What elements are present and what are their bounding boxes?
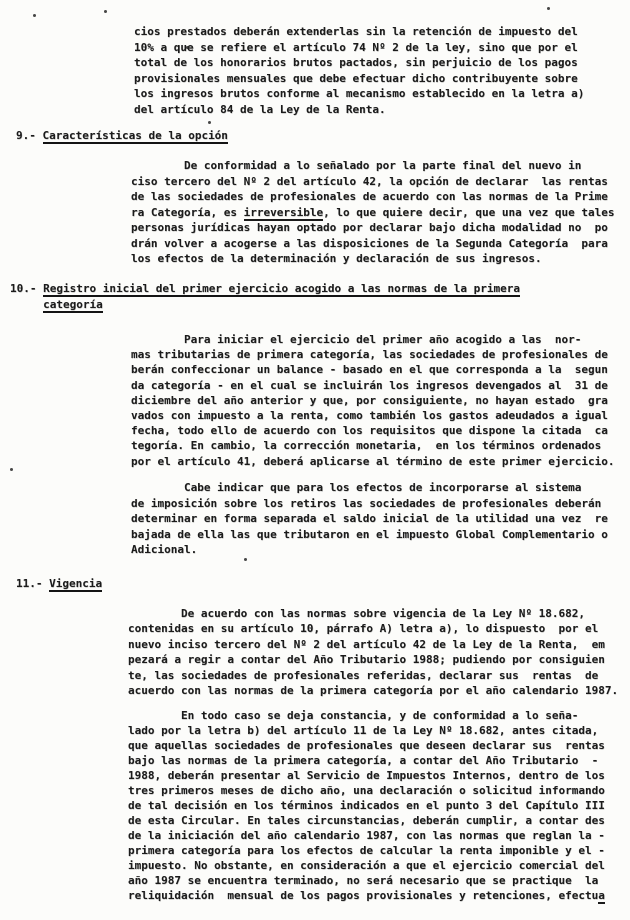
text-segment: por el artículo 41, deberá aplicarse al … [131, 455, 614, 468]
text-segment [10, 298, 43, 311]
text-line: 1988, deberán presentar al Servicio de I… [128, 768, 605, 783]
section-11-heading: 11.- Vigencia [16, 576, 102, 592]
section-10-paragraph-2: Cabe indicar que para los efectos de inc… [131, 480, 608, 558]
scan-speck [10, 468, 13, 471]
underlined-text: Vigencia [49, 577, 102, 592]
text-line: te, las sociedades de profesionales refe… [128, 668, 618, 683]
text-line: vados con impuesto a la renta, como tamb… [131, 408, 614, 423]
text-line: de las sociedades de profesionales de ac… [131, 189, 614, 205]
text-line: bajo las normas de la primera categoría,… [128, 753, 605, 768]
text-line: ciso tercero del Nº 2 del artículo 42, l… [131, 174, 614, 190]
text-line: de la iniciación del año calendario 1987… [128, 828, 605, 843]
scan-speck [208, 121, 211, 124]
text-segment: primera categoría para los efectos de ca… [128, 844, 605, 857]
text-line: por el artículo 41, deberá aplicarse al … [131, 454, 614, 469]
text-segment: ciso tercero del Nº 2 del artículo 42, l… [131, 175, 608, 188]
text-segment: bajada de ella las que tributaron en el … [131, 528, 608, 541]
text-segment: da categoría - en el cual se incluirán l… [131, 379, 608, 392]
underlined-text: a [598, 889, 605, 904]
text-segment: lado por la letra b) del artículo 11 de … [128, 724, 598, 737]
text-segment: De acuerdo con las normas sobre vigencia… [128, 607, 585, 620]
text-segment: vados con impuesto a la renta, como tamb… [131, 409, 608, 422]
text-line: Adicional. [131, 542, 608, 558]
text-line: Para iniciar el ejercicio del primer año… [131, 332, 614, 347]
scan-speck [547, 7, 550, 10]
text-line: 10.- Registro inicial del primer ejercic… [10, 281, 520, 297]
text-segment: de imposición sobre los retiros las soci… [131, 497, 601, 510]
text-line: determinar en forma separada el saldo in… [131, 511, 608, 527]
text-line: los ingresos brutos conforme al mecanism… [134, 86, 584, 102]
text-line: 9.- Características de la opción [16, 128, 228, 144]
text-line: acuerdo con las normas de la primera cat… [128, 683, 618, 698]
text-segment: determinar en forma separada el saldo in… [131, 512, 608, 525]
scan-speck [104, 10, 107, 13]
text-segment: fecha, todo ello de acuerdo con los requ… [131, 424, 608, 437]
text-segment: tegoría. En cambio, la corrección moneta… [131, 439, 601, 452]
text-segment: total de los honorarios brutos pactados,… [134, 56, 578, 69]
text-line: Cabe indicar que para los efectos de inc… [131, 480, 608, 496]
section-9-paragraph: De conformidad a lo señalado por la part… [131, 158, 614, 267]
underlined-text: irreversible [244, 206, 323, 221]
text-line: reliquidación mensual de los pagos provi… [128, 888, 605, 903]
section-10-paragraph-1: Para iniciar el ejercicio del primer año… [131, 332, 614, 469]
text-segment: De conformidad a lo señalado por la part… [131, 159, 581, 172]
text-segment: cios prestados deberán extenderlas sin l… [134, 25, 578, 38]
text-segment: reliquidación mensual de los pagos provi… [128, 889, 598, 902]
text-segment: ra Categoría, es [131, 206, 244, 219]
text-line: diciembre del año anterior y que, por co… [131, 393, 614, 408]
text-segment: 9.- [16, 129, 43, 142]
text-segment: drán volver a acogerse a las disposicion… [131, 237, 608, 250]
text-line: personas jurídicas hayan optado por decl… [131, 220, 614, 236]
text-segment: año 1987 se encuentra terminado, no será… [128, 874, 598, 887]
text-segment: de la iniciación del año calendario 1987… [128, 829, 605, 842]
text-segment: nuevo inciso tercero del Nº 2 del artícu… [128, 638, 605, 651]
text-segment: impuesto. No obstante, en consideración … [128, 859, 605, 872]
text-line: bajada de ella las que tributaron en el … [131, 527, 608, 543]
text-segment: Cabe indicar que para los efectos de inc… [131, 481, 581, 494]
text-segment: los efectos de la determinación y declar… [131, 252, 542, 265]
text-line: del artículo 84 de la Ley de la Renta. [134, 102, 584, 118]
text-line: De conformidad a lo señalado por la part… [131, 158, 614, 174]
text-segment: diciembre del año anterior y que, por co… [131, 394, 608, 407]
text-segment: 11.- [16, 577, 49, 590]
text-line: tegoría. En cambio, la corrección moneta… [131, 438, 614, 453]
text-segment: de las sociedades de profesionales de ac… [131, 190, 608, 203]
section-10-heading: 10.- Registro inicial del primer ejercic… [10, 281, 520, 313]
text-segment: berán confeccionar un balance - basado e… [131, 363, 608, 376]
text-segment: Para iniciar el ejercicio del primer año… [131, 333, 581, 346]
text-line: ra Categoría, es irreversible, lo que qu… [131, 205, 614, 221]
text-segment: los ingresos brutos conforme al mecanism… [134, 87, 584, 100]
text-segment: te, las sociedades de profesionales refe… [128, 669, 598, 682]
text-line: 11.- Vigencia [16, 576, 102, 592]
text-line: En todo caso se deja constancia, y de co… [128, 708, 605, 723]
text-line: contenidas en su artículo 10, párrafo A)… [128, 621, 618, 636]
text-line: drán volver a acogerse a las disposicion… [131, 236, 614, 252]
scanned-page: cios prestados deberán extenderlas sin l… [0, 0, 630, 920]
text-line: cios prestados deberán extenderlas sin l… [134, 24, 584, 40]
text-segment: contenidas en su artículo 10, párrafo A)… [128, 622, 598, 635]
text-segment: tres primeros meses de dicho año, una de… [128, 784, 605, 797]
text-segment: 10% a que se refiere el artículo 74 Nº 2… [134, 41, 578, 54]
text-segment: personas jurídicas hayan optado por decl… [131, 221, 608, 234]
text-line: nuevo inciso tercero del Nº 2 del artícu… [128, 637, 618, 652]
scan-speck [33, 14, 36, 17]
text-line: impuesto. No obstante, en consideración … [128, 858, 605, 873]
text-segment: provisionales mensuales que debe efectua… [134, 72, 578, 85]
text-segment: 10.- [10, 282, 43, 295]
text-segment: pezará a regir a contar del Año Tributar… [128, 653, 605, 666]
paragraph-continuation: cios prestados deberán extenderlas sin l… [134, 24, 584, 117]
text-line: berán confeccionar un balance - basado e… [131, 362, 614, 377]
text-line: fecha, todo ello de acuerdo con los requ… [131, 423, 614, 438]
section-11-paragraph-2: En todo caso se deja constancia, y de co… [128, 708, 605, 903]
scan-speck [186, 46, 189, 49]
text-line: lado por la letra b) del artículo 11 de … [128, 723, 605, 738]
text-segment: mas tributarias de primera categoría, la… [131, 348, 608, 361]
scan-speck [244, 558, 247, 561]
section-11-paragraph-1: De acuerdo con las normas sobre vigencia… [128, 606, 618, 698]
text-line: mas tributarias de primera categoría, la… [131, 347, 614, 362]
text-segment: que aquellas sociedades de profesionales… [128, 739, 605, 752]
underlined-text: Características de la opción [43, 129, 228, 144]
text-line: año 1987 se encuentra terminado, no será… [128, 873, 605, 888]
underlined-text: Registro inicial del primer ejercicio ac… [43, 282, 520, 297]
text-segment: de esta Circular. En tales circunstancia… [128, 814, 605, 827]
text-line: da categoría - en el cual se incluirán l… [131, 378, 614, 393]
text-segment: del artículo 84 de la Ley de la Renta. [134, 103, 386, 116]
text-segment: de tal decisión en los términos indicado… [128, 799, 605, 812]
text-line: provisionales mensuales que debe efectua… [134, 71, 584, 87]
text-segment: , lo que quiere decir, que una vez que t… [323, 206, 614, 219]
text-line: primera categoría para los efectos de ca… [128, 843, 605, 858]
text-line: tres primeros meses de dicho año, una de… [128, 783, 605, 798]
text-segment: En todo caso se deja constancia, y de co… [128, 709, 578, 722]
text-line: pezará a regir a contar del Año Tributar… [128, 652, 618, 667]
text-line: los efectos de la determinación y declar… [131, 251, 614, 267]
text-segment: 1988, deberán presentar al Servicio de I… [128, 769, 605, 782]
underlined-text: categoría [43, 298, 103, 313]
text-segment: Adicional. [131, 543, 197, 556]
text-line: 10% a que se refiere el artículo 74 Nº 2… [134, 40, 584, 56]
text-segment: bajo las normas de la primera categoría,… [128, 754, 598, 767]
text-line: total de los honorarios brutos pactados,… [134, 55, 584, 71]
text-line: categoría [10, 297, 520, 313]
text-line: que aquellas sociedades de profesionales… [128, 738, 605, 753]
text-segment: acuerdo con las normas de la primera cat… [128, 684, 618, 697]
text-line: De acuerdo con las normas sobre vigencia… [128, 606, 618, 621]
section-9-heading: 9.- Características de la opción [16, 128, 228, 144]
text-line: de esta Circular. En tales circunstancia… [128, 813, 605, 828]
text-line: de tal decisión en los términos indicado… [128, 798, 605, 813]
text-line: de imposición sobre los retiros las soci… [131, 496, 608, 512]
